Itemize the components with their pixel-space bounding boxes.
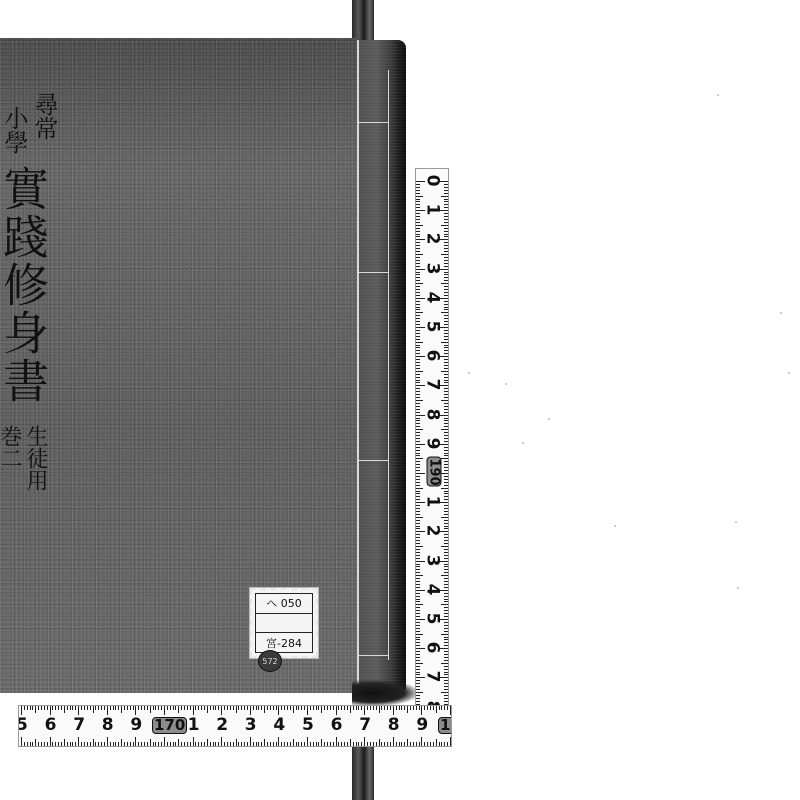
ruler-tick: [441, 400, 448, 401]
ruler-tick: [416, 476, 420, 477]
ruler-tick: [95, 742, 96, 746]
ruler-tick: [444, 701, 448, 702]
ruler-tick: [444, 657, 448, 658]
ruler-tick: [161, 742, 162, 746]
ruler-tick: [416, 453, 420, 454]
ruler-tick: [441, 458, 448, 459]
ruler-tick: [298, 706, 299, 710]
ruler-tick: [416, 219, 420, 220]
ruler-tick: [115, 742, 116, 746]
ruler-tick: [195, 706, 196, 710]
ruler-tick: [433, 706, 434, 710]
ruler-number: 6: [45, 717, 57, 734]
ruler-tick: [167, 742, 168, 746]
ruler-tick: [50, 737, 51, 746]
ruler-tick: [141, 742, 142, 746]
ruler-number: 190: [427, 457, 442, 487]
ruler-tick: [416, 742, 417, 746]
ruler-tick: [135, 706, 136, 715]
ruler-tick: [210, 742, 211, 746]
ruler-tick: [421, 706, 422, 715]
ruler-tick: [441, 663, 448, 664]
ruler-tick: [307, 737, 308, 746]
ruler-tick: [356, 742, 357, 746]
ruler-tick: [416, 569, 420, 570]
ruler-tick: [444, 263, 448, 264]
ruler-tick: [444, 219, 448, 220]
call-number-row2: [256, 614, 312, 634]
ruler-tick: [413, 742, 414, 746]
ruler-tick: [298, 742, 299, 746]
ruler-tick: [207, 706, 208, 713]
ruler-tick: [416, 234, 420, 235]
ruler-tick: [181, 706, 182, 710]
ruler-tick: [198, 706, 199, 710]
ruler-tick: [121, 706, 122, 713]
ruler-number: 5: [424, 318, 441, 336]
ruler-tick: [379, 706, 380, 713]
ruler-tick: [416, 607, 420, 608]
ruler-tick: [381, 706, 382, 710]
ruler-tick: [416, 286, 420, 287]
ruler-tick: [47, 742, 48, 746]
ruler-tick: [444, 639, 448, 640]
ruler-tick: [450, 737, 451, 746]
ruler-tick: [416, 345, 420, 346]
ruler-tick: [401, 706, 402, 710]
ruler-tick: [441, 371, 448, 372]
speck: [717, 94, 719, 96]
ruler-tick: [444, 394, 448, 395]
ruler-tick: [187, 706, 188, 710]
ruler-tick: [444, 251, 448, 252]
ruler-tick: [113, 706, 114, 710]
ruler-tick: [444, 461, 448, 462]
ruler-tick: [93, 739, 94, 746]
ruler-tick: [444, 520, 448, 521]
ruler-tick: [55, 742, 56, 746]
ruler-tick: [444, 564, 448, 565]
ruler-tick: [416, 552, 420, 553]
ruler-tick: [444, 496, 448, 497]
ruler-tick: [444, 642, 448, 643]
ruler-tick: [107, 706, 108, 715]
ruler-number: 5: [424, 610, 441, 628]
ruler-tick: [247, 742, 248, 746]
ruler-tick: [244, 706, 245, 710]
ruler-tick: [30, 706, 31, 710]
binding-stitch: [358, 272, 388, 273]
ruler-tick: [416, 537, 420, 538]
ruler-tick: [444, 391, 448, 392]
ruler-tick: [256, 706, 257, 710]
ruler-tick: [190, 742, 191, 746]
ruler-tick: [416, 423, 420, 424]
ruler-tick: [376, 742, 377, 746]
ruler-tick: [416, 575, 423, 576]
ruler-tick: [416, 409, 420, 410]
ruler-tick: [130, 706, 131, 710]
ruler-tick: [264, 706, 265, 713]
ruler-tick: [250, 737, 251, 746]
ruler-tick: [416, 216, 420, 217]
ruler-tick: [350, 706, 351, 713]
ruler-tick: [444, 637, 448, 638]
ruler-tick: [441, 742, 442, 746]
ruler-tick: [416, 549, 420, 550]
book-shadow: [352, 680, 418, 706]
ruler-tick: [50, 706, 51, 715]
ruler-tick: [416, 642, 420, 643]
ruler-tick: [138, 742, 139, 746]
series-title-right: 尋常: [32, 92, 56, 140]
ruler-tick: [444, 610, 448, 611]
ruler-tick: [444, 333, 448, 334]
ruler-tick: [444, 742, 445, 746]
ruler-tick: [135, 737, 136, 746]
ruler-tick: [444, 257, 448, 258]
ruler-tick: [416, 692, 423, 693]
ruler-tick: [444, 447, 448, 448]
ruler-tick: [113, 742, 114, 746]
ruler-tick: [178, 706, 179, 713]
ruler-tick: [444, 534, 448, 535]
ruler-number: 7: [73, 717, 85, 734]
binding-pole-top: [352, 0, 374, 42]
ruler-tick: [376, 706, 377, 710]
call-number-row1: ヘ 050: [256, 594, 312, 614]
ruler-tick: [416, 631, 420, 632]
ruler-tick: [416, 578, 420, 579]
ruler-tick: [218, 706, 219, 710]
ruler-tick: [416, 420, 420, 421]
ruler-tick: [416, 380, 420, 381]
ruler-tick: [441, 604, 448, 605]
ruler-tick: [38, 742, 39, 746]
ruler-tick: [393, 737, 394, 746]
ruler-tick: [141, 706, 142, 710]
ruler-tick: [416, 272, 420, 273]
ruler-tick: [427, 742, 428, 746]
ruler-tick: [416, 601, 420, 602]
ruler-tick: [58, 706, 59, 710]
ruler-tick: [424, 742, 425, 746]
ruler-tick: [399, 742, 400, 746]
ruler-tick: [416, 488, 423, 489]
ruler-tick: [336, 706, 337, 715]
ruler-tick: [416, 639, 420, 640]
ruler-tick: [444, 470, 448, 471]
ruler-tick: [416, 371, 423, 372]
ruler-tick: [416, 566, 420, 567]
ruler-tick: [158, 706, 159, 710]
ruler-tick: [444, 365, 448, 366]
ruler-tick: [416, 362, 420, 363]
ruler-tick: [270, 706, 271, 710]
ruler-tick: [293, 739, 294, 746]
ruler-tick: [221, 737, 222, 746]
ruler-tick: [416, 382, 420, 383]
ruler-tick: [444, 403, 448, 404]
ruler-tick: [364, 706, 365, 715]
ruler-tick: [416, 698, 420, 699]
ruler-tick: [444, 184, 448, 185]
ruler-tick: [147, 742, 148, 746]
ruler-tick: [441, 517, 448, 518]
ruler-tick: [444, 199, 448, 200]
ruler-tick: [353, 706, 354, 710]
ruler-tick: [407, 739, 408, 746]
ruler-tick: [333, 742, 334, 746]
ruler-tick: [175, 706, 176, 710]
ruler-tick: [201, 706, 202, 710]
ruler-tick: [64, 739, 65, 746]
ruler-number: 5: [302, 717, 314, 734]
ruler-tick: [416, 435, 420, 436]
ruler-tick: [313, 742, 314, 746]
ruler-tick: [416, 616, 420, 617]
speck: [735, 521, 737, 523]
ruler-tick: [416, 672, 420, 673]
ruler-tick: [427, 706, 428, 710]
ruler-tick: [444, 234, 448, 235]
ruler-tick: [444, 350, 448, 351]
ruler-tick: [210, 706, 211, 710]
ruler-tick: [416, 336, 420, 337]
ruler-tick: [419, 742, 420, 746]
ruler-tick: [304, 742, 305, 746]
ruler-tick: [21, 737, 22, 746]
ruler-number: 5: [18, 717, 28, 734]
ruler-tick: [444, 543, 448, 544]
ruler-tick: [347, 706, 348, 710]
ruler-tick: [416, 432, 420, 433]
ruler-tick: [341, 706, 342, 710]
ruler-tick: [253, 742, 254, 746]
ruler-tick: [444, 277, 448, 278]
ruler-tick: [32, 742, 33, 746]
ruler-tick: [444, 537, 448, 538]
ruler-tick: [416, 520, 420, 521]
ruler-tick: [416, 613, 420, 614]
ruler-tick: [416, 461, 420, 462]
ruler-tick: [318, 742, 319, 746]
ruler-tick: [416, 283, 423, 284]
ruler-tick: [444, 213, 448, 214]
ruler-tick: [416, 572, 420, 573]
ruler-number: 8: [102, 717, 114, 734]
ruler-tick: [416, 441, 420, 442]
ruler-tick: [193, 706, 194, 715]
ruler-tick: [233, 706, 234, 710]
ruler-tick: [444, 508, 448, 509]
ruler-tick: [444, 248, 448, 249]
ruler-tick: [441, 575, 448, 576]
binding-thread: [357, 40, 359, 690]
ruler-tick: [32, 706, 33, 710]
ruler-tick: [416, 485, 420, 486]
main-title: 實踐修身書: [0, 165, 46, 405]
ruler-tick: [416, 686, 420, 687]
ruler-tick: [258, 706, 259, 710]
ruler-tick: [424, 706, 425, 710]
ruler-tick: [416, 534, 420, 535]
ruler-tick: [170, 706, 171, 710]
ruler-tick: [373, 706, 374, 710]
ruler-tick: [416, 403, 420, 404]
ruler-tick: [350, 739, 351, 746]
ruler-tick: [370, 706, 371, 710]
ruler-tick: [444, 222, 448, 223]
ruler-tick: [181, 742, 182, 746]
ruler-tick: [258, 742, 259, 746]
ruler-tick: [416, 353, 420, 354]
volume-number: 巻二: [0, 425, 20, 469]
ruler-tick: [416, 222, 420, 223]
ruler-tick: [164, 737, 165, 746]
ruler-tick: [416, 657, 420, 658]
ruler-tick: [396, 706, 397, 710]
ruler-tick: [78, 706, 79, 715]
ruler-tick: [444, 467, 448, 468]
ruler-tick: [416, 242, 420, 243]
ruler-tick: [118, 706, 119, 710]
ruler-tick: [327, 706, 328, 710]
ruler-tick: [416, 342, 423, 343]
ruler-tick: [444, 689, 448, 690]
binding-stitch: [358, 122, 388, 123]
ruler-tick: [153, 706, 154, 710]
ruler-tick: [444, 628, 448, 629]
ruler-tick: [444, 236, 448, 237]
ruler-tick: [444, 479, 448, 480]
ruler-tick: [276, 742, 277, 746]
ruler-tick: [441, 196, 448, 197]
ownership-stamp: 572: [258, 650, 282, 672]
ruler-tick: [87, 742, 88, 746]
ruler-tick: [416, 496, 420, 497]
ruler-tick: [444, 409, 448, 410]
ruler-tick: [104, 742, 105, 746]
ruler-tick: [367, 706, 368, 710]
ruler-tick: [387, 742, 388, 746]
ruler-number: 2: [424, 522, 441, 540]
ruler-tick: [444, 353, 448, 354]
ruler-tick: [213, 706, 214, 710]
ruler-tick: [416, 514, 420, 515]
binding-pole-bottom: [352, 742, 374, 800]
ruler-tick: [58, 742, 59, 746]
ruler-tick: [44, 742, 45, 746]
ruler-tick: [155, 706, 156, 710]
ruler-number: 4: [273, 717, 285, 734]
ruler-tick: [327, 742, 328, 746]
ruler-tick: [153, 742, 154, 746]
ruler-tick: [416, 301, 420, 302]
binding-stitch: [358, 460, 388, 461]
ruler-tick: [447, 706, 448, 710]
ruler-tick: [241, 706, 242, 710]
ruler-tick: [444, 339, 448, 340]
ruler-tick: [95, 706, 96, 710]
ruler-tick: [236, 706, 237, 713]
ruler-tick: [253, 706, 254, 710]
ruler-tick: [399, 706, 400, 710]
ruler-tick: [416, 359, 420, 360]
ruler-number: 7: [359, 717, 371, 734]
ruler-tick: [127, 706, 128, 710]
ruler-tick: [444, 511, 448, 512]
ruler-tick: [444, 622, 448, 623]
ruler-tick: [416, 324, 420, 325]
ruler-tick: [416, 426, 420, 427]
ruler-tick: [290, 706, 291, 710]
ruler-tick: [444, 423, 448, 424]
ruler-tick: [444, 683, 448, 684]
ruler-number: 6: [331, 717, 343, 734]
ruler-tick: [444, 555, 448, 556]
ruler-tick: [444, 584, 448, 585]
ruler-tick: [238, 742, 239, 746]
ruler-tick: [416, 251, 420, 252]
ruler-tick: [101, 706, 102, 710]
ruler-tick: [276, 706, 277, 710]
ruler-tick: [416, 584, 420, 585]
ruler-tick: [441, 429, 448, 430]
ruler-tick: [230, 706, 231, 710]
ruler-tick: [444, 190, 448, 191]
ruler-tick: [444, 426, 448, 427]
ruler-tick: [416, 470, 420, 471]
ruler-tick: [416, 701, 420, 702]
ruler-tick: [416, 315, 420, 316]
vertical-measuring-scale: 012345678919012345678: [415, 168, 449, 708]
ruler-tick: [416, 706, 417, 710]
speck: [548, 418, 550, 420]
ruler-tick: [416, 260, 420, 261]
ruler-tick: [338, 706, 339, 710]
ruler-tick: [444, 301, 448, 302]
ruler-tick: [444, 599, 448, 600]
ruler-tick: [75, 706, 76, 710]
ruler-tick: [416, 482, 420, 483]
ruler-tick: [341, 742, 342, 746]
ruler-tick: [184, 742, 185, 746]
ruler-tick: [273, 706, 274, 710]
ruler-tick: [444, 706, 445, 710]
ruler-tick: [250, 706, 251, 715]
ruler-number: 6: [424, 347, 441, 365]
ruler-tick: [201, 742, 202, 746]
ruler-tick: [387, 706, 388, 710]
ruler-tick: [416, 464, 420, 465]
ruler-tick: [416, 187, 420, 188]
ruler-tick: [444, 280, 448, 281]
ruler-number: 0: [424, 172, 441, 190]
ruler-tick: [72, 742, 73, 746]
ruler-tick: [416, 458, 423, 459]
ruler-tick: [224, 706, 225, 710]
ruler-tick: [444, 336, 448, 337]
ruler-tick: [416, 654, 420, 655]
ruler-tick: [444, 601, 448, 602]
ruler-tick: [416, 347, 420, 348]
speck: [522, 442, 524, 444]
ruler-tick: [444, 304, 448, 305]
ruler-tick: [284, 742, 285, 746]
ruler-tick: [150, 739, 151, 746]
ruler-tick: [416, 695, 420, 696]
